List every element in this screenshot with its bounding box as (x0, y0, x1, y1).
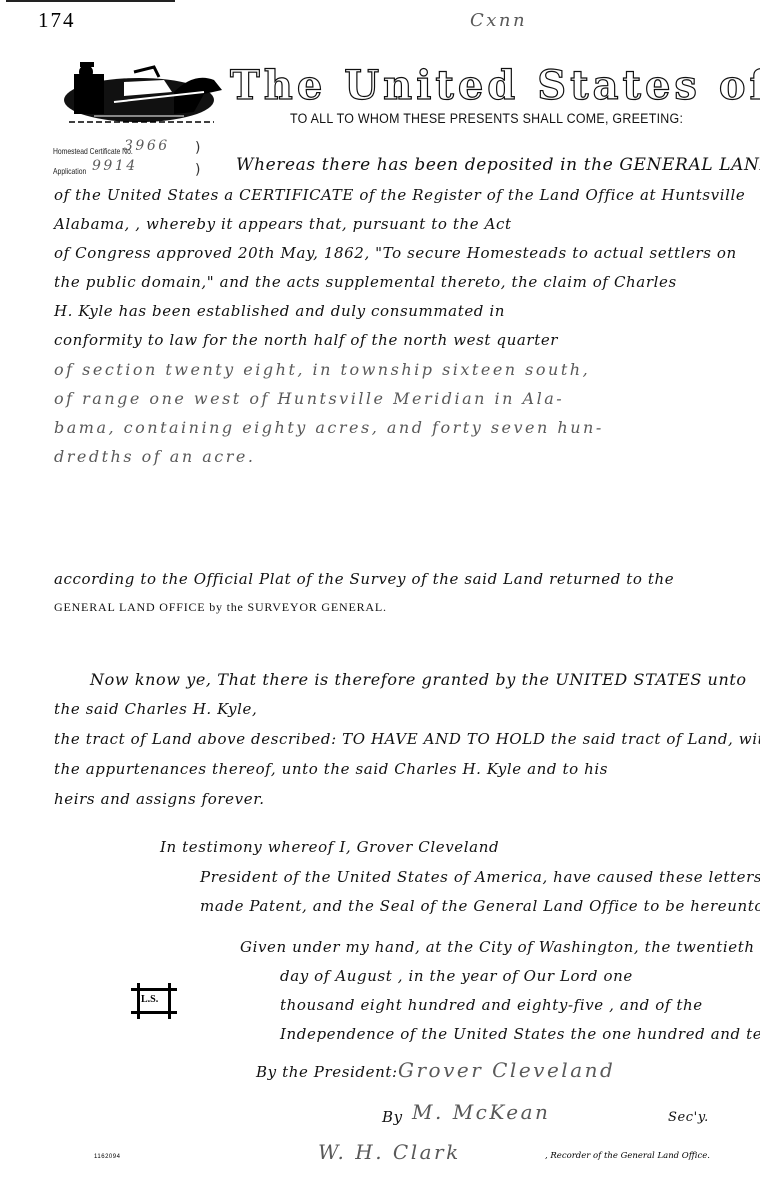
body-line-4: of Congress approved 20th May, 1862, "To… (54, 244, 737, 262)
printer-mark: 1162094 (94, 1154, 120, 1160)
body-line-10: bama, containing eighty acres, and forty… (54, 418, 604, 437)
body-line-11: dredths of an acre. (54, 447, 255, 466)
certificate-bracket: ) (195, 140, 200, 156)
given-line-4: Independence of the United States the on… (280, 1025, 760, 1043)
body-line-3: Alabama, , whereby it appears that, purs… (54, 215, 512, 233)
application-bracket: ) (195, 162, 200, 178)
certificate-value: 3966 (124, 138, 170, 154)
given-line-2: day of August , in the year of Our Lord … (280, 967, 633, 985)
body-line-5: the public domain," and the acts supplem… (54, 273, 677, 291)
application-value: 9914 (92, 158, 138, 174)
document-title: The United States of America, (230, 62, 760, 109)
seal-label: L.S. (141, 994, 158, 1005)
given-line-1: Given under my hand, at the City of Wash… (240, 938, 755, 956)
header-annotation: Cxnn (470, 10, 527, 31)
body-line-1: Whereas there has been deposited in the … (236, 155, 760, 175)
plat-line-1: according to the Official Plat of the Su… (54, 570, 674, 588)
recorder-signature: W. H. Clark (318, 1140, 461, 1164)
body-line-6: H. Kyle has been established and duly co… (54, 302, 505, 320)
grant-line-1: Now know ye, That there is therefore gra… (90, 670, 747, 689)
application-label: Application (53, 166, 86, 176)
recorder-label: , Recorder of the General Land Office. (545, 1151, 710, 1161)
testimony-line-3: made Patent, and the Seal of the General… (200, 897, 760, 915)
by-label: By (382, 1108, 403, 1126)
body-line-7: conformity to law for the north half of … (54, 331, 558, 349)
document-subtitle: TO ALL TO WHOM THESE PRESENTS SHALL COME… (290, 111, 683, 126)
by-president-label: By the President: (256, 1063, 398, 1081)
top-border-line-2 (80, 0, 175, 2)
certificate-label: Homestead Certificate No. (53, 146, 133, 156)
plat-line-2: GENERAL LAND OFFICE by the SURVEYOR GENE… (54, 600, 387, 615)
president-signature: Grover Cleveland (398, 1058, 615, 1082)
body-line-2: of the United States a CERTIFICATE of th… (54, 186, 745, 204)
page-number: 174 (38, 8, 76, 33)
body-line-9: of range one west of Huntsville Meridian… (54, 389, 564, 408)
testimony-line-1: In testimony whereof I, Grover Cleveland (160, 838, 499, 856)
farm-scene-engraving (54, 52, 224, 132)
testimony-line-2: President of the United States of Americ… (200, 868, 760, 886)
body-line-8: of section twenty eight, in township six… (54, 360, 590, 379)
grant-line-5: heirs and assigns forever. (54, 790, 265, 808)
grant-line-2: the said Charles H. Kyle, (54, 700, 257, 718)
grant-line-4: the appurtenances thereof, unto the said… (54, 760, 608, 778)
secretary-suffix: Sec'y. (668, 1110, 709, 1125)
given-line-3: thousand eight hundred and eighty-five ,… (280, 996, 703, 1014)
seal-ls: L.S. (131, 988, 177, 1014)
secretary-signature: M. McKean (412, 1100, 550, 1124)
grant-line-3: the tract of Land above described: TO HA… (54, 730, 760, 748)
